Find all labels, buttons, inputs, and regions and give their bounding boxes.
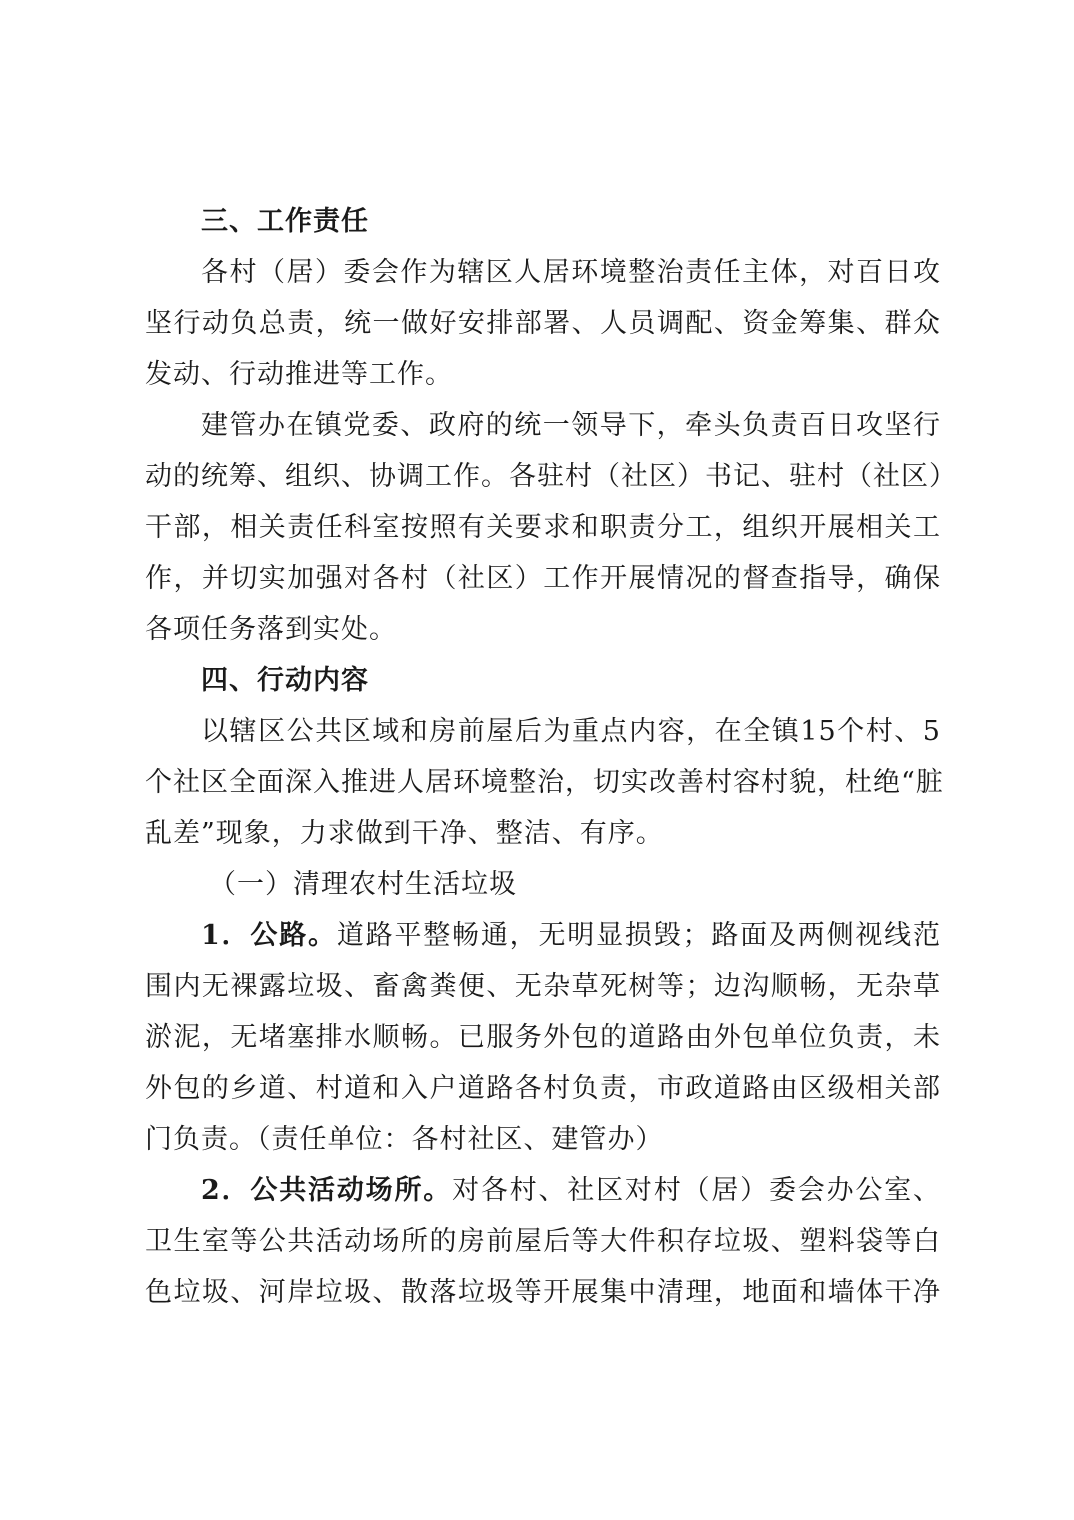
section-3-paragraph-2: 建管办在镇党委、政府的统一领导下，牵头负责百日攻坚行 动的统筹、组织、协调工作。… <box>145 400 941 655</box>
section-4-paragraph-1: 以辖区公共区域和房前屋后为重点内容，在全镇15个村、5 个社区全面深入推进人居环… <box>145 706 941 859</box>
paragraph-line: 作，并切实加强对各村（社区）工作开展情况的督查指导，确保 <box>145 553 941 604</box>
paragraph-line: 淤泥，无堵塞排水顺畅。已服务外包的道路由外包单位负责，未 <box>145 1012 941 1063</box>
paragraph-line: 以辖区公共区域和房前屋后为重点内容，在全镇15个村、5 <box>145 706 941 757</box>
paragraph-line: 围内无裸露垃圾、畜禽粪便、无杂草死树等；边沟顺畅，无杂草 <box>145 961 941 1012</box>
paragraph-line: 色垃圾、河岸垃圾、散落垃圾等开展集中清理，地面和墙体干净 <box>145 1267 941 1318</box>
subsection-1-heading: （一）清理农村生活垃圾 <box>145 859 941 910</box>
paragraph-line: 建管办在镇党委、政府的统一领导下，牵头负责百日攻坚行 <box>145 400 941 451</box>
section-4-heading: 四、行动内容 <box>145 655 941 706</box>
paragraph-line: 各村（居）委会作为辖区人居环境整治责任主体，对百日攻 <box>145 247 941 298</box>
paragraph-line: 个社区全面深入推进人居环境整治，切实改善村容村貌，杜绝“脏 <box>145 757 941 808</box>
section-3-heading: 三、工作责任 <box>145 196 941 247</box>
paragraph-line: 坚行动负总责，统一做好安排部署、人员调配、资金筹集、群众 <box>145 298 941 349</box>
section-3-paragraph-1: 各村（居）委会作为辖区人居环境整治责任主体，对百日攻 坚行动负总责，统一做好安排… <box>145 247 941 400</box>
item-2-text: 对各村、社区对村（居）委会办公室、 <box>452 1175 941 1206</box>
item-2-public-venues: 2．公共活动场所。对各村、社区对村（居）委会办公室、 卫生室等公共活动场所的房前… <box>145 1165 941 1318</box>
document-page: 三、工作责任 各村（居）委会作为辖区人居环境整治责任主体，对百日攻 坚行动负总责… <box>145 196 941 1318</box>
paragraph-line: 各项任务落到实处。 <box>145 604 941 655</box>
paragraph-line: 2．公共活动场所。对各村、社区对村（居）委会办公室、 <box>145 1165 941 1216</box>
item-2-lead: 2．公共活动场所。 <box>201 1175 452 1206</box>
paragraph-line: 门负责。（责任单位：各村社区、建管办） <box>145 1114 941 1165</box>
paragraph-line: 干部，相关责任科室按照有关要求和职责分工，组织开展相关工 <box>145 502 941 553</box>
paragraph-line: 发动、行动推进等工作。 <box>145 349 941 400</box>
paragraph-line: 动的统筹、组织、协调工作。各驻村（社区）书记、驻村（社区） <box>145 451 941 502</box>
paragraph-line: 乱差”现象，力求做到干净、整洁、有序。 <box>145 808 941 859</box>
item-1-lead: 1．公路。 <box>201 920 337 951</box>
paragraph-line: 1．公路。道路平整畅通，无明显损毁；路面及两侧视线范 <box>145 910 941 961</box>
paragraph-line: 外包的乡道、村道和入户道路各村负责，市政道路由区级相关部 <box>145 1063 941 1114</box>
item-1-roads: 1．公路。道路平整畅通，无明显损毁；路面及两侧视线范 围内无裸露垃圾、畜禽粪便、… <box>145 910 941 1165</box>
item-1-text: 道路平整畅通，无明显损毁；路面及两侧视线范 <box>337 920 941 951</box>
paragraph-line: 卫生室等公共活动场所的房前屋后等大件积存垃圾、塑料袋等白 <box>145 1216 941 1267</box>
